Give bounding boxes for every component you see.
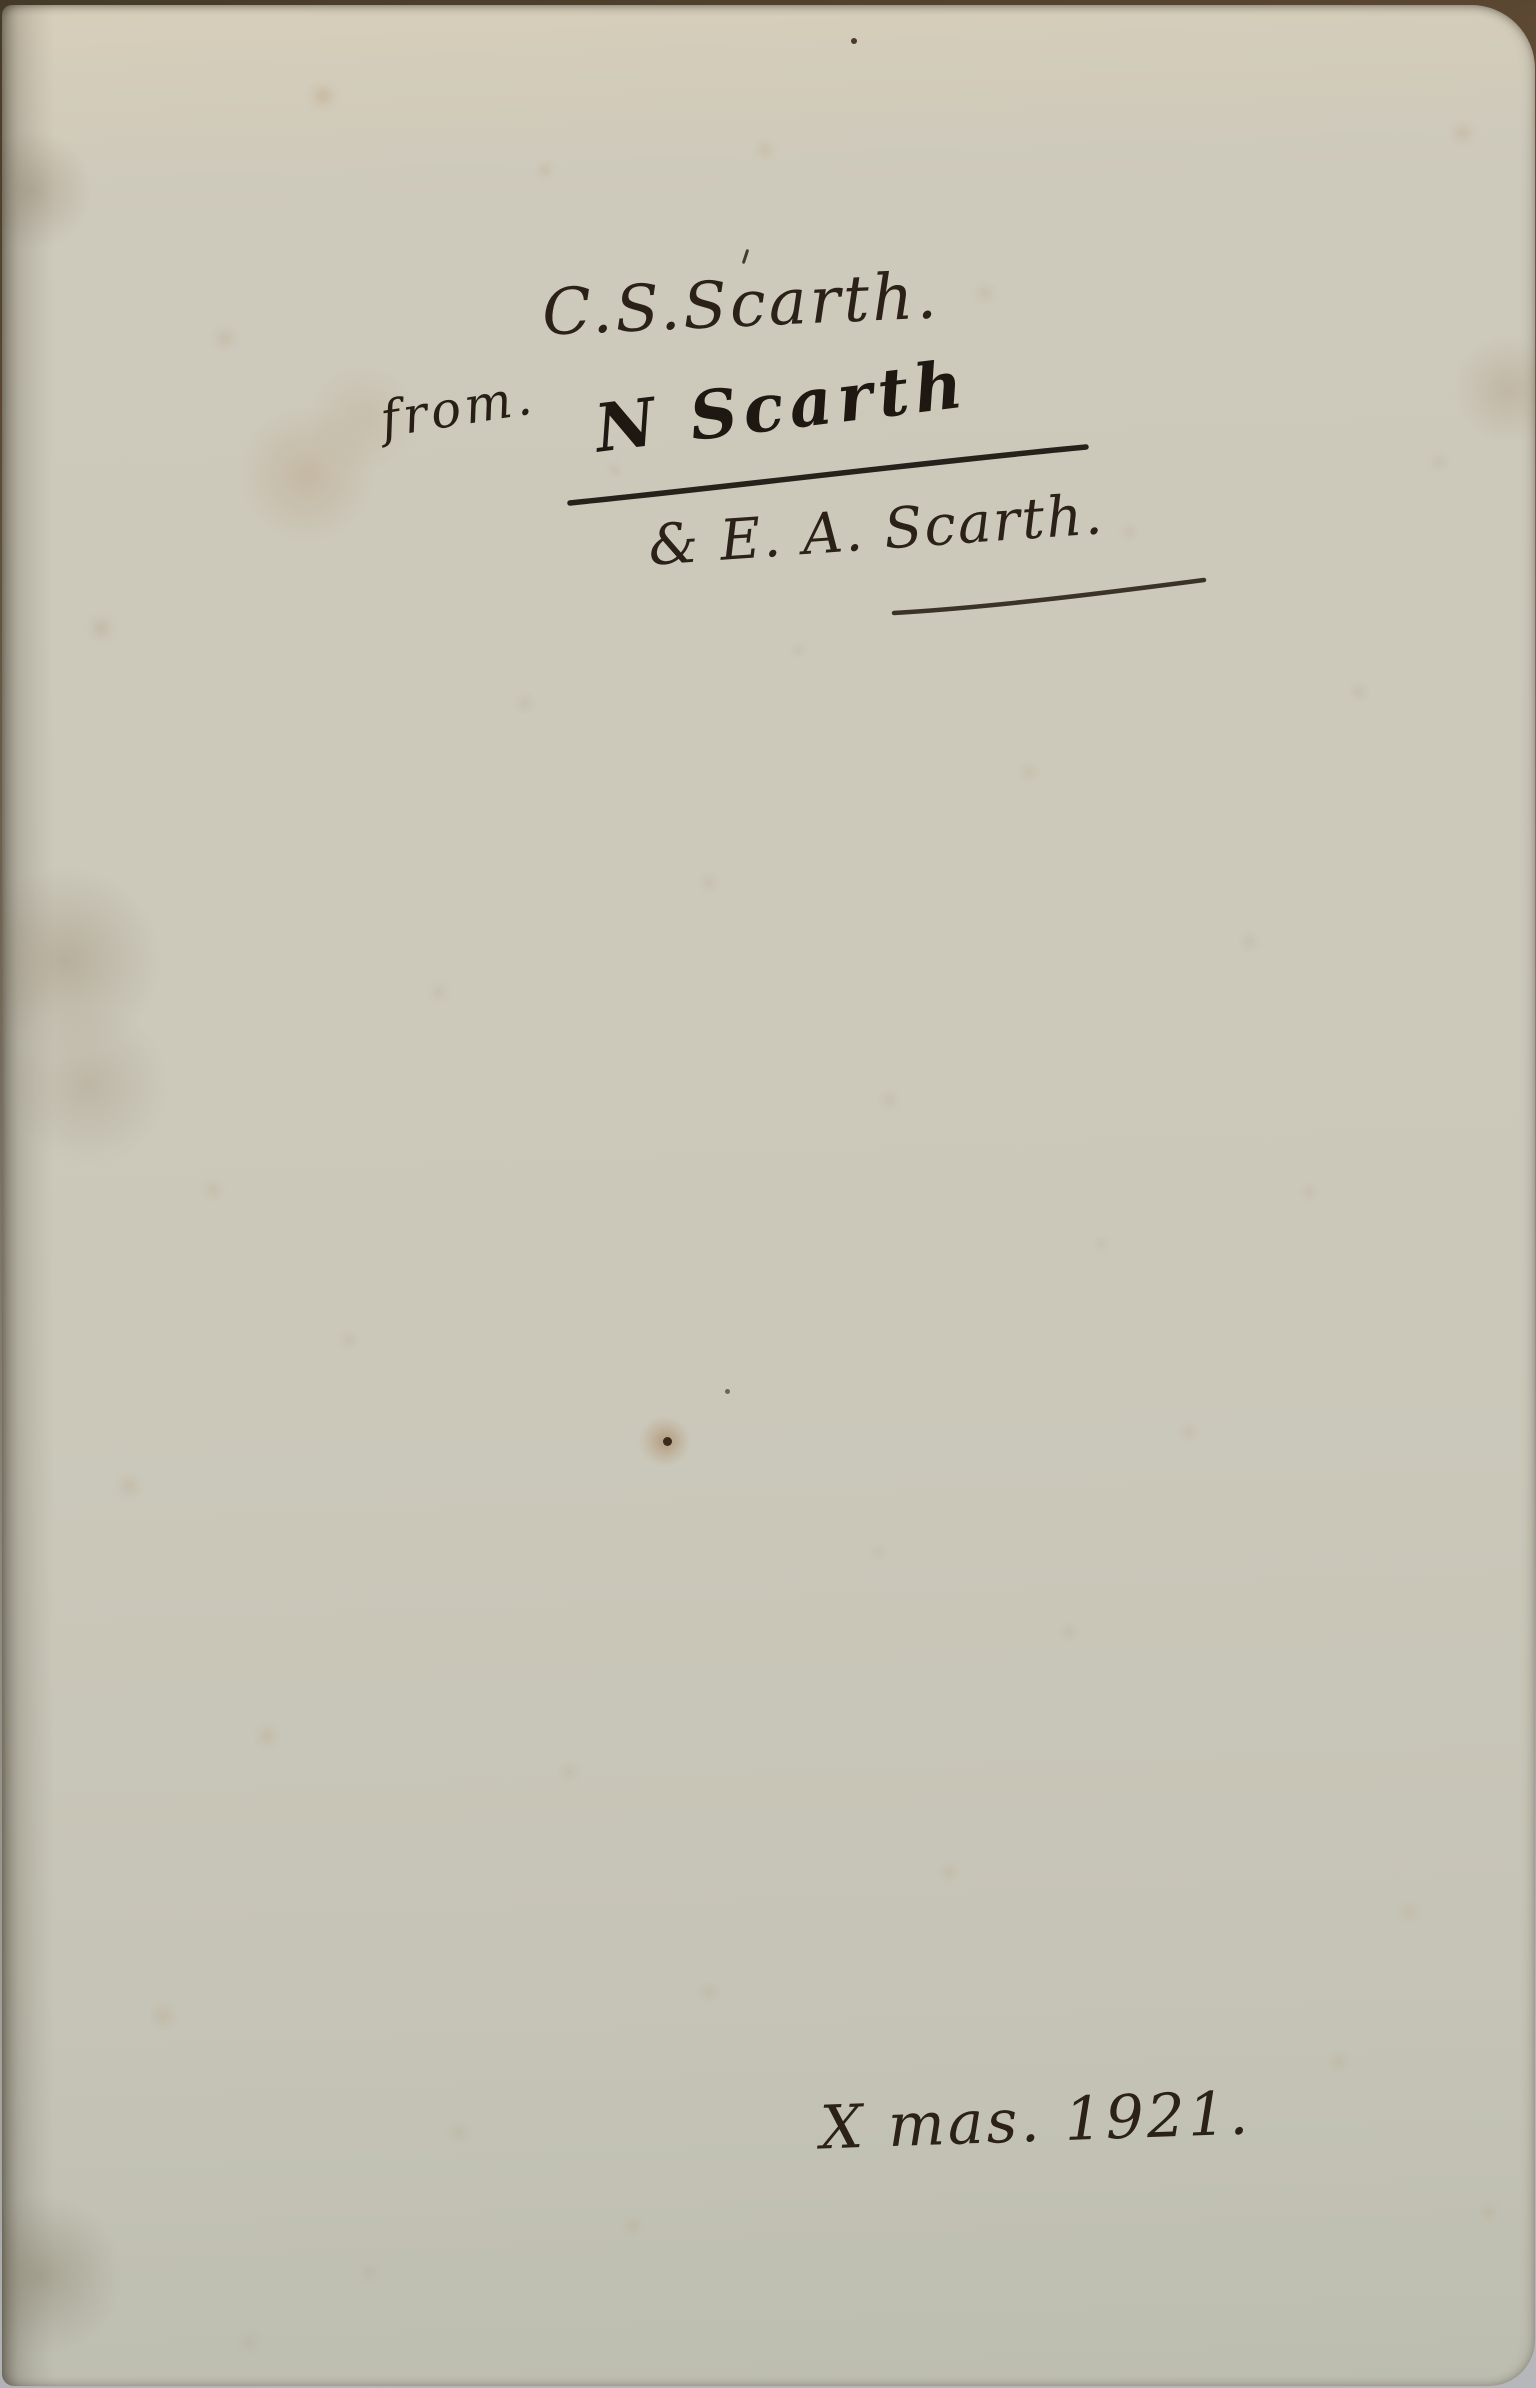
pen-tick-mark bbox=[742, 249, 749, 264]
flyleaf-page: C.S.Scarth. from. N Scarth & E. A. Scart… bbox=[2, 5, 1535, 2386]
ink-speck bbox=[663, 1437, 672, 1446]
foxing-speckles bbox=[2, 5, 8, 11]
inscription-from-word: from. bbox=[377, 371, 539, 445]
inscription-recipient: C.S.Scarth. bbox=[541, 264, 941, 345]
inscription-date: X mas. 1921. bbox=[819, 2083, 1252, 2158]
ink-speck bbox=[851, 38, 857, 44]
book-page-photo: C.S.Scarth. from. N Scarth & E. A. Scart… bbox=[0, 0, 1536, 2388]
second-signatory-underline bbox=[884, 571, 1214, 621]
ink-speck bbox=[725, 1389, 730, 1394]
